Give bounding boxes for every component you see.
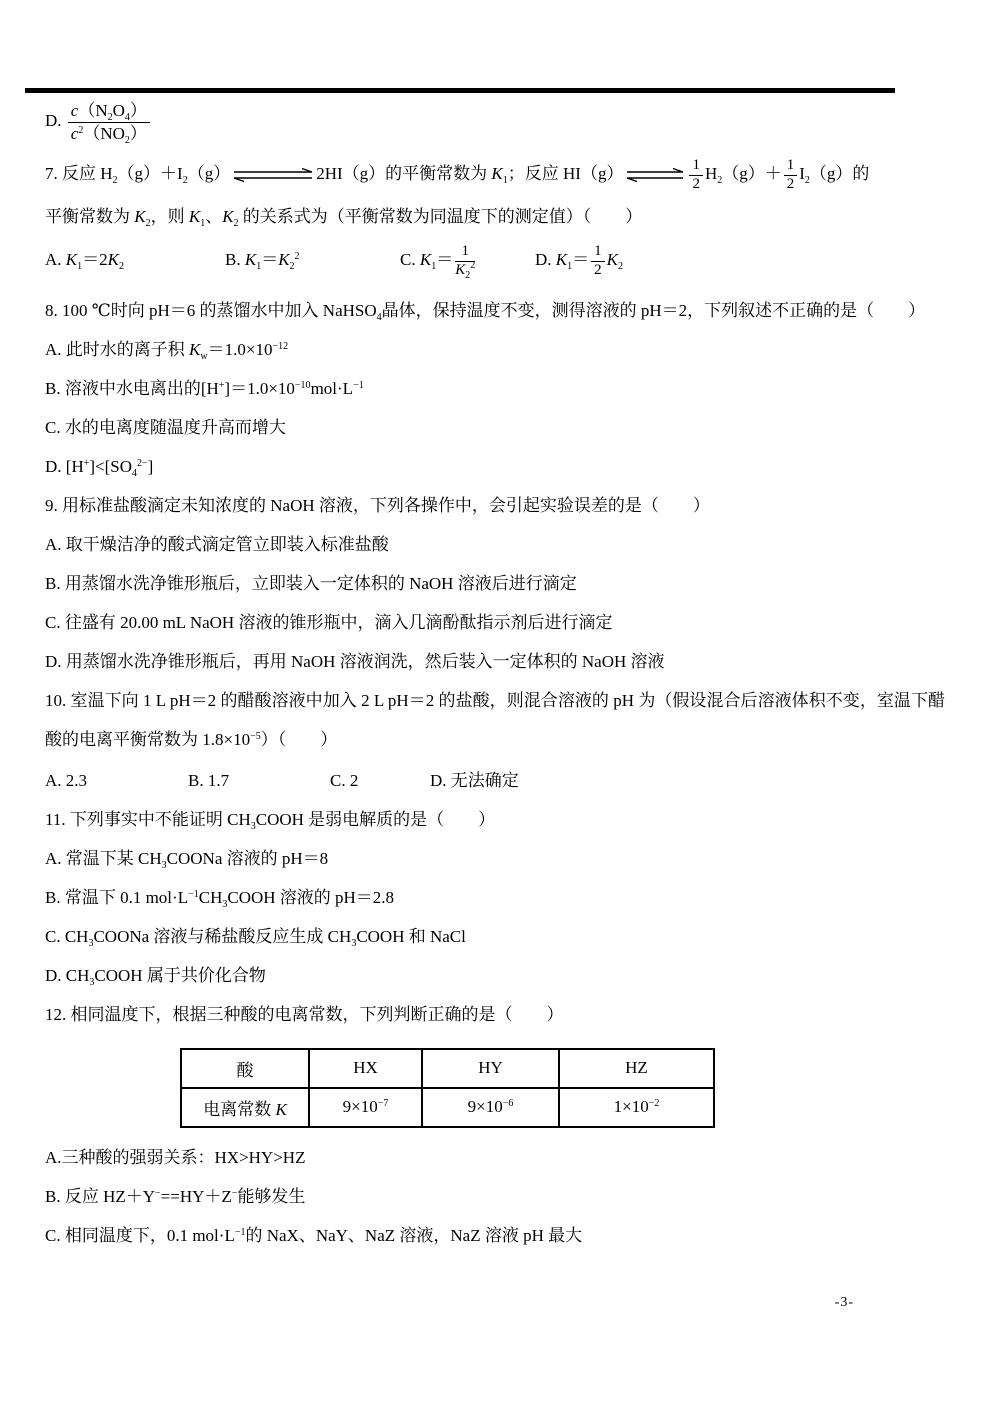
table-header-hz: HZ	[559, 1049, 714, 1088]
fraction-numerator: c（N2O4）	[68, 101, 150, 123]
q12-stem: 12. 相同温度下，根据三种酸的电离常数，下列判断正确的是（ ）	[45, 995, 945, 1034]
q7-option-d: D. K1＝12K2	[535, 237, 623, 283]
table-cell-hx-value: 9×10−7	[309, 1088, 422, 1127]
q7-option-b: B. K1＝K22	[225, 237, 400, 283]
equilibrium-arrow-icon	[231, 167, 315, 183]
q8-stem: 8. 100 ℃时向 pH＝6 的蒸馏水中加入 NaHSO4晶体，保持温度不变，…	[45, 291, 945, 330]
q9-option-c: C. 往盛有 20.00 mL NaOH 溶液的锥形瓶中，滴入几滴酚酞指示剂后进…	[45, 603, 945, 642]
q9-stem: 9. 用标准盐酸滴定未知浓度的 NaOH 溶液，下列各操作中，会引起实验误差的是…	[45, 486, 945, 525]
q11-option-d: D. CH3COOH 属于共价化合物	[45, 956, 945, 995]
q6-option-d-label: D.	[45, 111, 62, 130]
acid-constants-table: 酸 HX HY HZ 电离常数 K 9×10−7 9×10−6 1×10−2	[180, 1048, 715, 1128]
q7-option-a: A. K1＝2K2	[45, 237, 225, 283]
table-header-hy: HY	[422, 1049, 559, 1088]
table-header-hx: HX	[309, 1049, 422, 1088]
q11-option-b: B. 常温下 0.1 mol·L−1CH3COOH 溶液的 pH＝2.8	[45, 878, 945, 917]
fraction-denominator: K22	[455, 262, 475, 279]
q9-option-d: D. 用蒸馏水洗净锥形瓶后，再用 NaOH 溶液润洗，然后装入一定体积的 NaO…	[45, 642, 945, 681]
table-cell-row-label: 电离常数 K	[181, 1088, 309, 1127]
q10-option-d: D. 无法确定	[430, 761, 519, 800]
q10-stem: 10. 室温下向 1 L pH＝2 的醋酸溶液中加入 2 L pH＝2 的盐酸，…	[45, 681, 945, 759]
fraction-denominator: c2（NO2）	[68, 123, 150, 144]
q8-option-d: D. [H+]<[SO42−]	[45, 447, 945, 486]
table-row: 电离常数 K 9×10−7 9×10−6 1×10−2	[181, 1088, 714, 1127]
q10-option-b: B. 1.7	[188, 761, 330, 800]
document-page: D. c（N2O4） c2（NO2） 7. 反应 H2（g）＋I2（g）2HI（…	[0, 88, 992, 1255]
q7-half-fraction: 12	[784, 158, 798, 193]
page-number: -3-	[835, 1295, 854, 1311]
q7-option-c-fraction: 1K22	[455, 244, 475, 279]
q7-half-fraction: 12	[689, 158, 703, 193]
q11-stem: 11. 下列事实中不能证明 CH3COOH 是弱电解质的是（ ）	[45, 800, 945, 839]
q11-option-a: A. 常温下某 CH3COONa 溶液的 pH＝8	[45, 839, 945, 878]
table-header-acid: 酸	[181, 1049, 309, 1088]
q7-stem: 7. 反应 H2（g）＋I2（g）2HI（g）的平衡常数为 K1；反应 HI（g…	[45, 151, 945, 197]
q9-option-b: B. 用蒸馏水洗净锥形瓶后，立即装入一定体积的 NaOH 溶液后进行滴定	[45, 564, 945, 603]
q7-stem-seg2: 2HI（g）的平衡常数为 K1；反应 HI（g）	[316, 164, 623, 183]
q7-stem-seg3: H2（g）＋	[705, 164, 782, 183]
q12-option-a: A.三种酸的强弱关系：HX>HY>HZ	[45, 1138, 945, 1177]
fraction-numerator: 1	[689, 158, 703, 176]
q10-option-a: A. 2.3	[45, 761, 188, 800]
q7-option-d-tail: K2	[607, 250, 623, 269]
q6-option-d-fraction: c（N2O4） c2（NO2）	[68, 101, 150, 143]
q12-option-c: C. 相同温度下，0.1 mol·L−1的 NaX、NaY、NaZ 溶液，NaZ…	[45, 1216, 945, 1255]
q8-option-c: C. 水的电离度随温度升高而增大	[45, 408, 945, 447]
q7-stem-seg1: 7. 反应 H2（g）＋I2（g）	[45, 164, 230, 183]
fraction-denominator: 2	[784, 176, 798, 193]
q8-option-b: B. 溶液中水电离出的[H+]＝1.0×10−10mol·L−1	[45, 369, 945, 408]
q7-stem-seg4: I2（g）的	[799, 164, 869, 183]
q7-option-d-fraction: 12	[591, 244, 605, 279]
q7-option-c: C. K1＝1K22	[400, 237, 535, 283]
q8-option-a: A. 此时水的离子积 Kw＝1.0×10−12	[45, 330, 945, 369]
table-header-row: 酸 HX HY HZ	[181, 1049, 714, 1088]
q10-options: A. 2.3B. 1.7C. 2D. 无法确定	[45, 759, 945, 800]
table-cell-hy-value: 9×10−6	[422, 1088, 559, 1127]
fraction-denominator: 2	[591, 262, 605, 279]
q11-option-c: C. CH3COONa 溶液与稀盐酸反应生成 CH3COOH 和 NaCl	[45, 917, 945, 956]
q10-option-c: C. 2	[330, 761, 430, 800]
fraction-numerator: 1	[591, 244, 605, 262]
q6-option-d: D. c（N2O4） c2（NO2）	[45, 99, 945, 145]
page-content: D. c（N2O4） c2（NO2） 7. 反应 H2（g）＋I2（g）2HI（…	[0, 99, 992, 1255]
q7-option-c-text: C. K1＝	[400, 250, 453, 269]
q7-options: A. K1＝2K2B. K1＝K22C. K1＝1K22D. K1＝12K2	[45, 236, 945, 283]
equilibrium-arrow-icon	[624, 167, 686, 183]
q9-option-a: A. 取干燥洁净的酸式滴定管立即装入标准盐酸	[45, 525, 945, 564]
q7-stem-line2: 平衡常数为 K2，则 K1、K2 的关系式为（平衡常数为同温度下的测定值）（ ）	[45, 197, 945, 236]
q7-option-d-text: D. K1＝	[535, 250, 589, 269]
q12-option-b: B. 反应 HZ＋Y−==HY＋Z−能够发生	[45, 1177, 945, 1216]
table-cell-hz-value: 1×10−2	[559, 1088, 714, 1127]
page-top-rule	[25, 88, 895, 93]
fraction-numerator: 1	[784, 158, 798, 176]
fraction-denominator: 2	[689, 176, 703, 193]
